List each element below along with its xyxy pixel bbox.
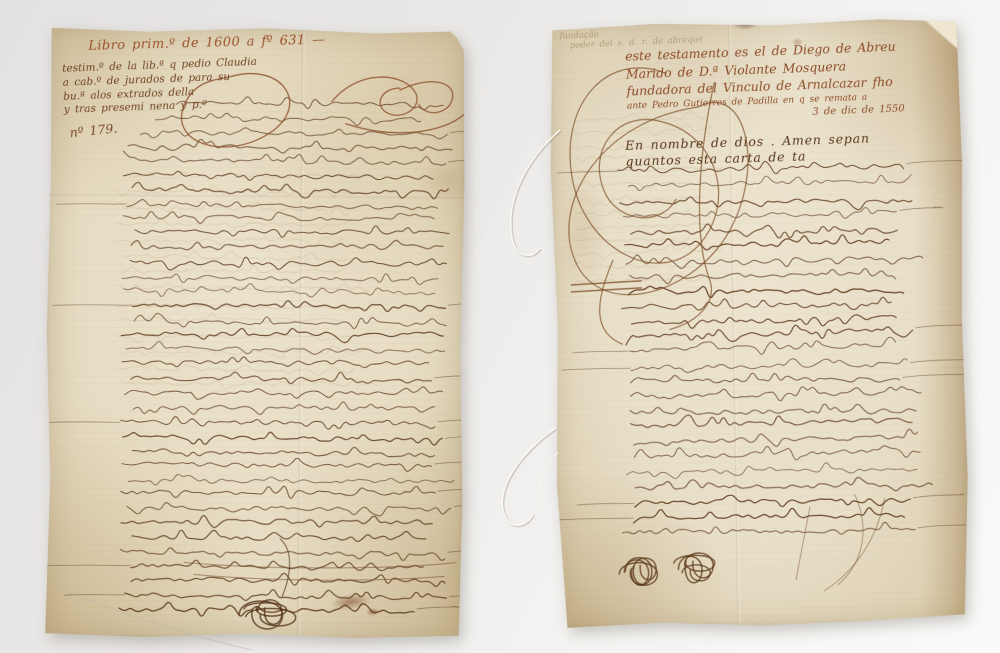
signature-rubric [674,553,715,583]
left-page-paper: Libro prim.º de 1600 a fº 631 — testim.º… [44,25,467,640]
left-manuscript-page: Libro prim.º de 1600 a fº 631 — testim.º… [44,25,467,640]
right-manuscript-page: fundação poder del s. d. r. de abreque e… [547,17,970,629]
descending-flourish [795,494,886,591]
left-page-handwriting [44,25,467,640]
rule-flourish [184,560,456,581]
right-page-heading: este testamento es el de Diego de Abreu … [625,35,960,125]
manuscript-photograph: Libro prim.º de 1600 a fº 631 — testim.º… [0,0,1000,653]
right-page-paper: fundação poder del s. d. r. de abreque e… [547,17,970,629]
body-handwriting [547,158,970,539]
left-page-margin-note: testim.º de la lib.ª q pedio Claudia a c… [62,56,259,118]
signature-rubric [619,557,658,585]
signature-rubric [239,600,296,629]
body-handwriting [45,95,466,618]
